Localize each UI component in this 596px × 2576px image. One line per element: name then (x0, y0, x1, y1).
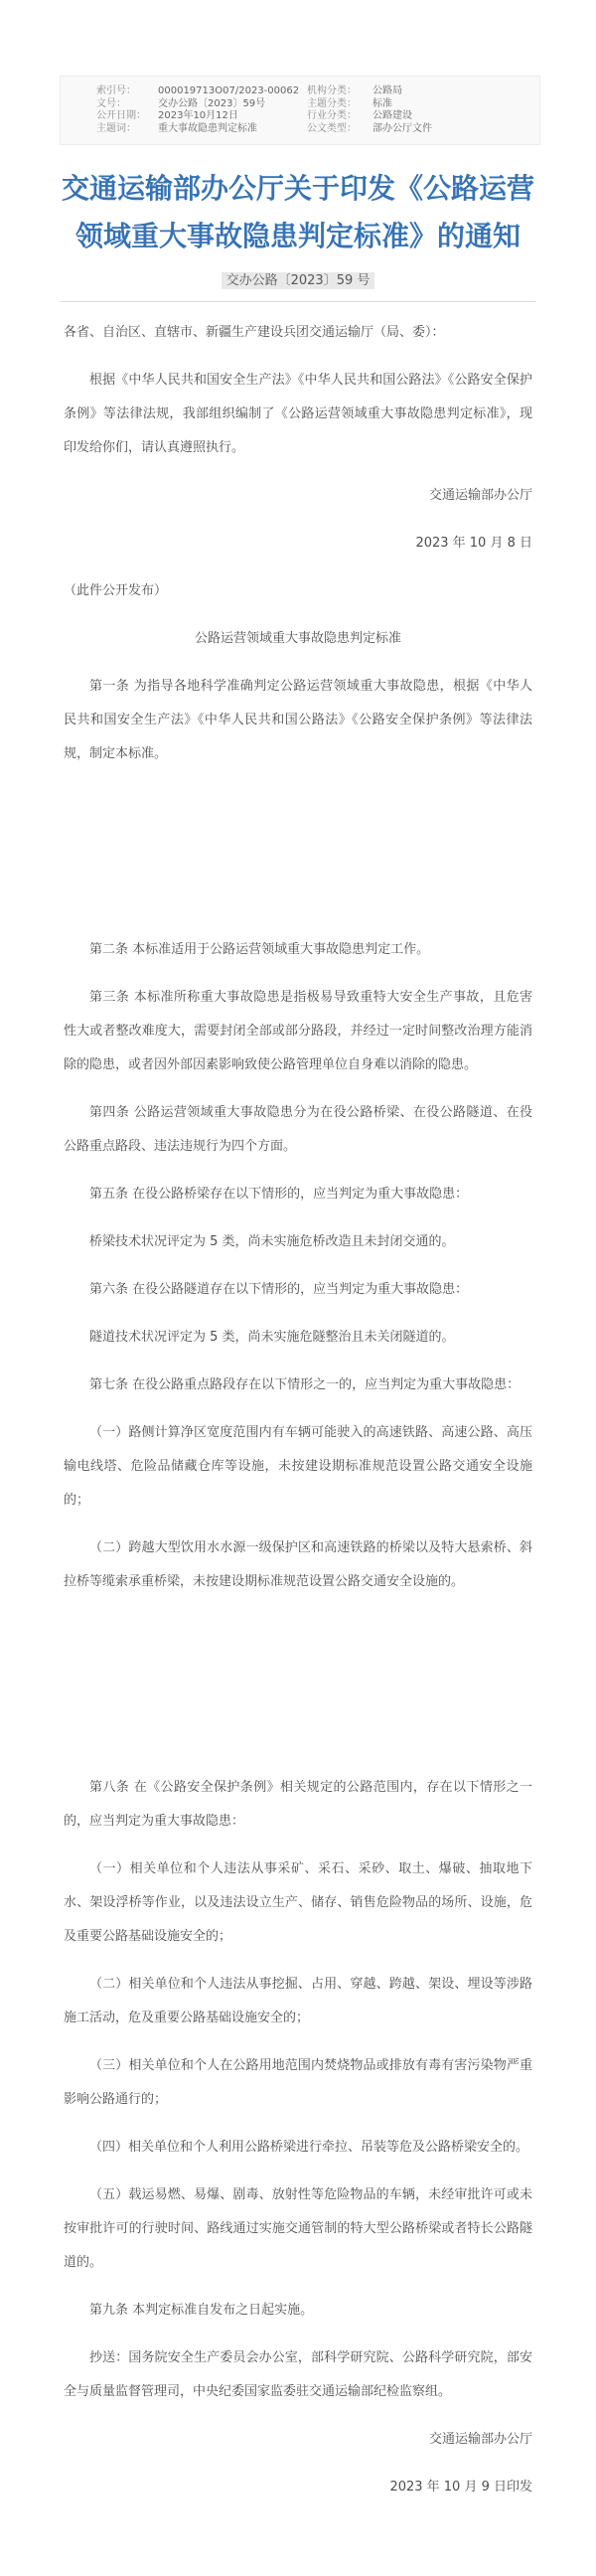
standard-article-6-item: 隧道技术状况评定为 5 类，尚未实施危隧整治且未关闭隧道的。 (64, 1321, 532, 1355)
standard-article-2: 第二条 本标准适用于公路运营领域重大事故隐患判定工作。 (64, 933, 532, 967)
meta-value-index-no: 000019713O07/2023-00062 (158, 85, 307, 98)
meta-value-org-category: 公路局 (372, 85, 529, 98)
blank-space (64, 1613, 532, 1757)
meta-row: 文号： 交办公路〔2023〕59号 主题分类： 标准 (96, 98, 529, 111)
meta-value-doc-no: 交办公路〔2023〕59号 (158, 98, 307, 111)
document-body: 各省、自治区、直辖市、新疆生产建设兵团交通运输厅（局、委）： 根据《中华人民共和… (0, 316, 596, 2504)
standard-article-8: 第八条 在《公路安全保护条例》相关规定的公路范围内，存在以下情形之一的，应当判定… (64, 1771, 532, 1839)
meta-label-doc-type: 公文类型： (307, 123, 372, 136)
divider (60, 301, 536, 302)
standard-article-4: 第四条 公路运营领域重大事故隐患分为在役公路桥梁、在役公路隧道、在役公路重点路段… (64, 1096, 532, 1164)
standard-article-7: 第七条 在役公路重点路段存在以下情形之一的，应当判定为重大事故隐患： (64, 1368, 532, 1402)
meta-label-public-date: 公开日期： (96, 110, 158, 123)
standard-article-8-item-5: （五）载运易燃、易爆、剧毒、放射性等危险物品的车辆，未经审批许可或未按审批许可的… (64, 2178, 532, 2280)
meta-label-org-category: 机构分类： (307, 85, 372, 98)
meta-row: 主题词： 重大事故隐患判定标准 公文类型： 部办公厅文件 (96, 123, 529, 136)
meta-table: 索引号： 000019713O07/2023-00062 机构分类： 公路局 文… (60, 76, 540, 145)
meta-label-industry-category: 行业分类： (307, 110, 372, 123)
signature-issuer: 交通运输部办公厅 (64, 479, 532, 513)
public-release-note: （此件公开发布） (64, 574, 532, 608)
meta-label-keywords: 主题词： (96, 123, 158, 136)
meta-value-industry-category: 公路建设 (372, 110, 529, 123)
meta-value-topic-category: 标准 (372, 98, 529, 111)
footer-print-date: 2023 年 10 月 9 日印发 (64, 2471, 532, 2504)
meta-value-keywords: 重大事故隐患判定标准 (158, 123, 307, 136)
page-title: 交通运输部办公厅关于印发《公路运营领域重大事故隐患判定标准》的通知 (50, 165, 546, 260)
meta-row: 公开日期： 2023年10月12日 行业分类： 公路建设 (96, 110, 529, 123)
standard-article-7-item-2: （二）跨越大型饮用水水源一级保护区和高速铁路的桥梁以及特大悬索桥、斜拉桥等缆索承… (64, 1531, 532, 1599)
signature-date: 2023 年 10 月 8 日 (64, 527, 532, 561)
standard-article-8-item-1: （一）相关单位和个人违法从事采矿、采石、采砂、取土、爆破、抽取地下水、架设浮桥等… (64, 1852, 532, 1954)
document-page: 索引号： 000019713O07/2023-00062 机构分类： 公路局 文… (0, 76, 596, 2576)
footer-issuer: 交通运输部办公厅 (64, 2423, 532, 2457)
meta-label-doc-no: 文号： (96, 98, 158, 111)
notice-body: 根据《中华人民共和国安全生产法》《中华人民共和国公路法》《公路安全保护条例》等法… (64, 364, 532, 465)
meta-value-public-date: 2023年10月12日 (158, 110, 307, 123)
meta-label-index-no: 索引号： (96, 85, 158, 98)
standard-article-8-item-4: （四）相关单位和个人利用公路桥梁进行牵拉、吊装等危及公路桥梁安全的。 (64, 2131, 532, 2165)
standard-article-7-item-1: （一）路侧计算净区宽度范围内有车辆可能驶入的高速铁路、高速公路、高压输电线塔、危… (64, 1416, 532, 1518)
meta-row: 索引号： 000019713O07/2023-00062 机构分类： 公路局 (96, 85, 529, 98)
standard-article-5: 第五条 在役公路桥梁存在以下情形的，应当判定为重大事故隐患： (64, 1178, 532, 1211)
standard-heading: 公路运营领域重大事故隐患判定标准 (64, 622, 532, 656)
standard-article-6: 第六条 在役公路隧道存在以下情形的，应当判定为重大事故隐患： (64, 1273, 532, 1307)
standard-article-5-item: 桥梁技术状况评定为 5 类，尚未实施危桥改造且未封闭交通的。 (64, 1225, 532, 1259)
blank-space (0, 2518, 596, 2576)
standard-article-3: 第三条 本标准所称重大事故隐患是指极易导致重特大安全生产事故，且危害性大或者整改… (64, 981, 532, 1082)
doc-number-text: 交办公路〔2023〕59 号 (222, 272, 375, 289)
doc-number: 交办公路〔2023〕59 号 (0, 272, 596, 289)
blank-space (64, 785, 532, 919)
standard-article-8-item-2: （二）相关单位和个人违法从事挖掘、占用、穿越、跨越、架设、埋设等涉路施工活动，危… (64, 1968, 532, 2035)
meta-label-topic-category: 主题分类： (307, 98, 372, 111)
standard-article-1: 第一条 为指导各地科学准确判定公路运营领域重大事故隐患，根据《中华人民共和国安全… (64, 670, 532, 771)
salutation: 各省、自治区、直辖市、新疆生产建设兵团交通运输厅（局、委）： (64, 316, 532, 350)
meta-value-doc-type: 部办公厅文件 (372, 123, 529, 136)
standard-article-8-item-3: （三）相关单位和个人在公路用地范围内焚烧物品或排放有毒有害污染物严重影响公路通行… (64, 2049, 532, 2117)
standard-article-9: 第九条 本判定标准自发布之日起实施。 (64, 2294, 532, 2328)
cc-note: 抄送：国务院安全生产委员会办公室，部科学研究院、公路科学研究院，部安全与质量监督… (64, 2341, 532, 2409)
